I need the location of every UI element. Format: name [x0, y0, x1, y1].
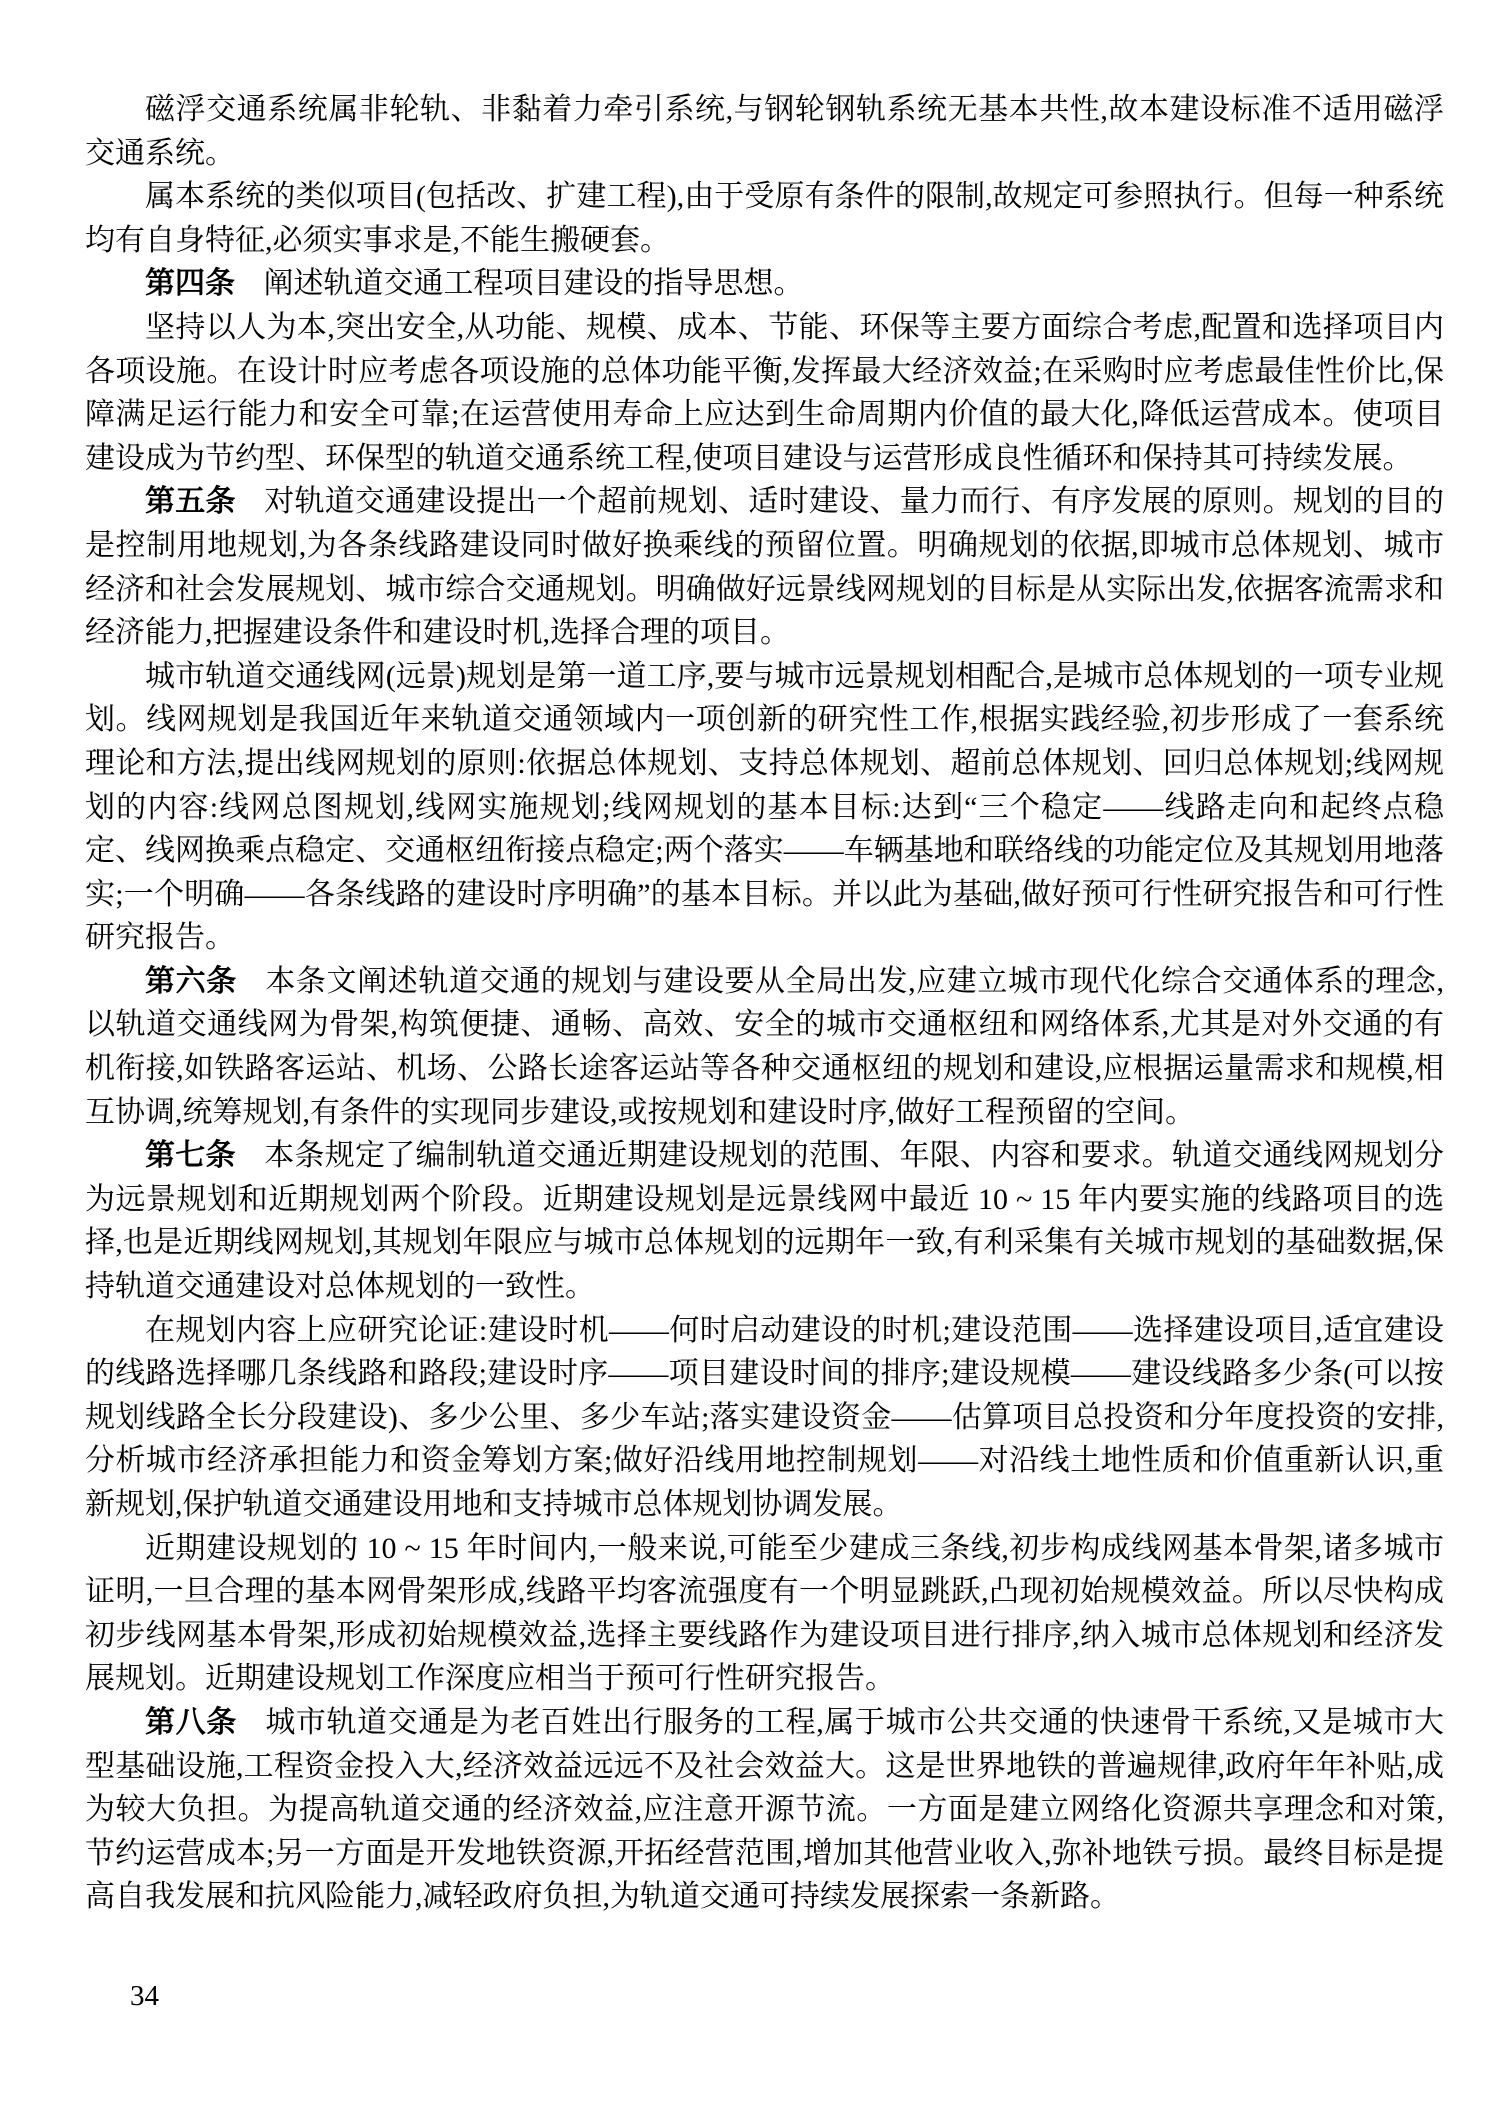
- paragraph: 近期建设规划的 10 ~ 15 年时间内,一般来说,可能至少建成三条线,初步构成…: [85, 1527, 1444, 1701]
- article-number: 第五条: [145, 485, 236, 518]
- paragraph-text: 阐述轨道交通工程项目建设的指导思想。: [264, 267, 804, 300]
- page-number: 34: [130, 1982, 159, 2011]
- article-number: 第八条: [145, 1706, 237, 1739]
- document-page: 磁浮交通系统属非轮轨、非黏着力牵引系统,与钢轮钢轨系统无基本共性,故本建设标准不…: [0, 0, 1493, 2121]
- article-number: 第六条: [145, 965, 237, 998]
- paragraph-text: 本条文阐述轨道交通的规划与建设要从全局出发,应建立城市现代化综合交通体系的理念,…: [85, 965, 1444, 1129]
- paragraph: 第四条阐述轨道交通工程项目建设的指导思想。: [85, 262, 1444, 306]
- paragraph-text: 城市轨道交通是为老百姓出行服务的工程,属于城市公共交通的快速骨干系统,又是城市大…: [85, 1706, 1444, 1913]
- paragraph-text: 磁浮交通系统属非轮轨、非黏着力牵引系统,与钢轮钢轨系统无基本共性,故本建设标准不…: [85, 93, 1444, 170]
- paragraph: 第五条对轨道交通建设提出一个超前规划、适时建设、量力而行、有序发展的原则。规划的…: [85, 480, 1444, 654]
- paragraph: 在规划内容上应研究论证:建设时机——何时启动建设的时机;建设范围——选择建设项目…: [85, 1309, 1444, 1527]
- article-number: 第四条: [145, 267, 235, 300]
- paragraph: 第八条城市轨道交通是为老百姓出行服务的工程,属于城市公共交通的快速骨干系统,又是…: [85, 1701, 1444, 1919]
- paragraph: 第六条本条文阐述轨道交通的规划与建设要从全局出发,应建立城市现代化综合交通体系的…: [85, 960, 1444, 1134]
- paragraph-text: 近期建设规划的 10 ~ 15 年时间内,一般来说,可能至少建成三条线,初步构成…: [85, 1532, 1444, 1696]
- paragraph: 磁浮交通系统属非轮轨、非黏着力牵引系统,与钢轮钢轨系统无基本共性,故本建设标准不…: [85, 88, 1444, 175]
- paragraph-text: 城市轨道交通线网(远景)规划是第一道工序,要与城市远景规划相配合,是城市总体规划…: [85, 660, 1444, 955]
- paragraph: 城市轨道交通线网(远景)规划是第一道工序,要与城市远景规划相配合,是城市总体规划…: [85, 655, 1444, 960]
- paragraph-text: 对轨道交通建设提出一个超前规划、适时建设、量力而行、有序发展的原则。规划的目的是…: [85, 485, 1444, 649]
- paragraph-text: 坚持以人为本,突出安全,从功能、规模、成本、节能、环保等主要方面综合考虑,配置和…: [85, 311, 1444, 475]
- paragraph: 第七条本条规定了编制轨道交通近期建设规划的范围、年限、内容和要求。轨道交通线网规…: [85, 1134, 1444, 1308]
- paragraph-text: 属本系统的类似项目(包括改、扩建工程),由于受原有条件的限制,故规定可参照执行。…: [85, 180, 1444, 257]
- paragraph-text: 本条规定了编制轨道交通近期建设规划的范围、年限、内容和要求。轨道交通线网规划分为…: [85, 1139, 1444, 1303]
- document-body: 磁浮交通系统属非轮轨、非黏着力牵引系统,与钢轮钢轨系统无基本共性,故本建设标准不…: [85, 88, 1444, 1919]
- paragraph: 坚持以人为本,突出安全,从功能、规模、成本、节能、环保等主要方面综合考虑,配置和…: [85, 306, 1444, 480]
- article-number: 第七条: [145, 1139, 236, 1172]
- paragraph-text: 在规划内容上应研究论证:建设时机——何时启动建设的时机;建设范围——选择建设项目…: [85, 1314, 1444, 1521]
- paragraph: 属本系统的类似项目(包括改、扩建工程),由于受原有条件的限制,故规定可参照执行。…: [85, 175, 1444, 262]
